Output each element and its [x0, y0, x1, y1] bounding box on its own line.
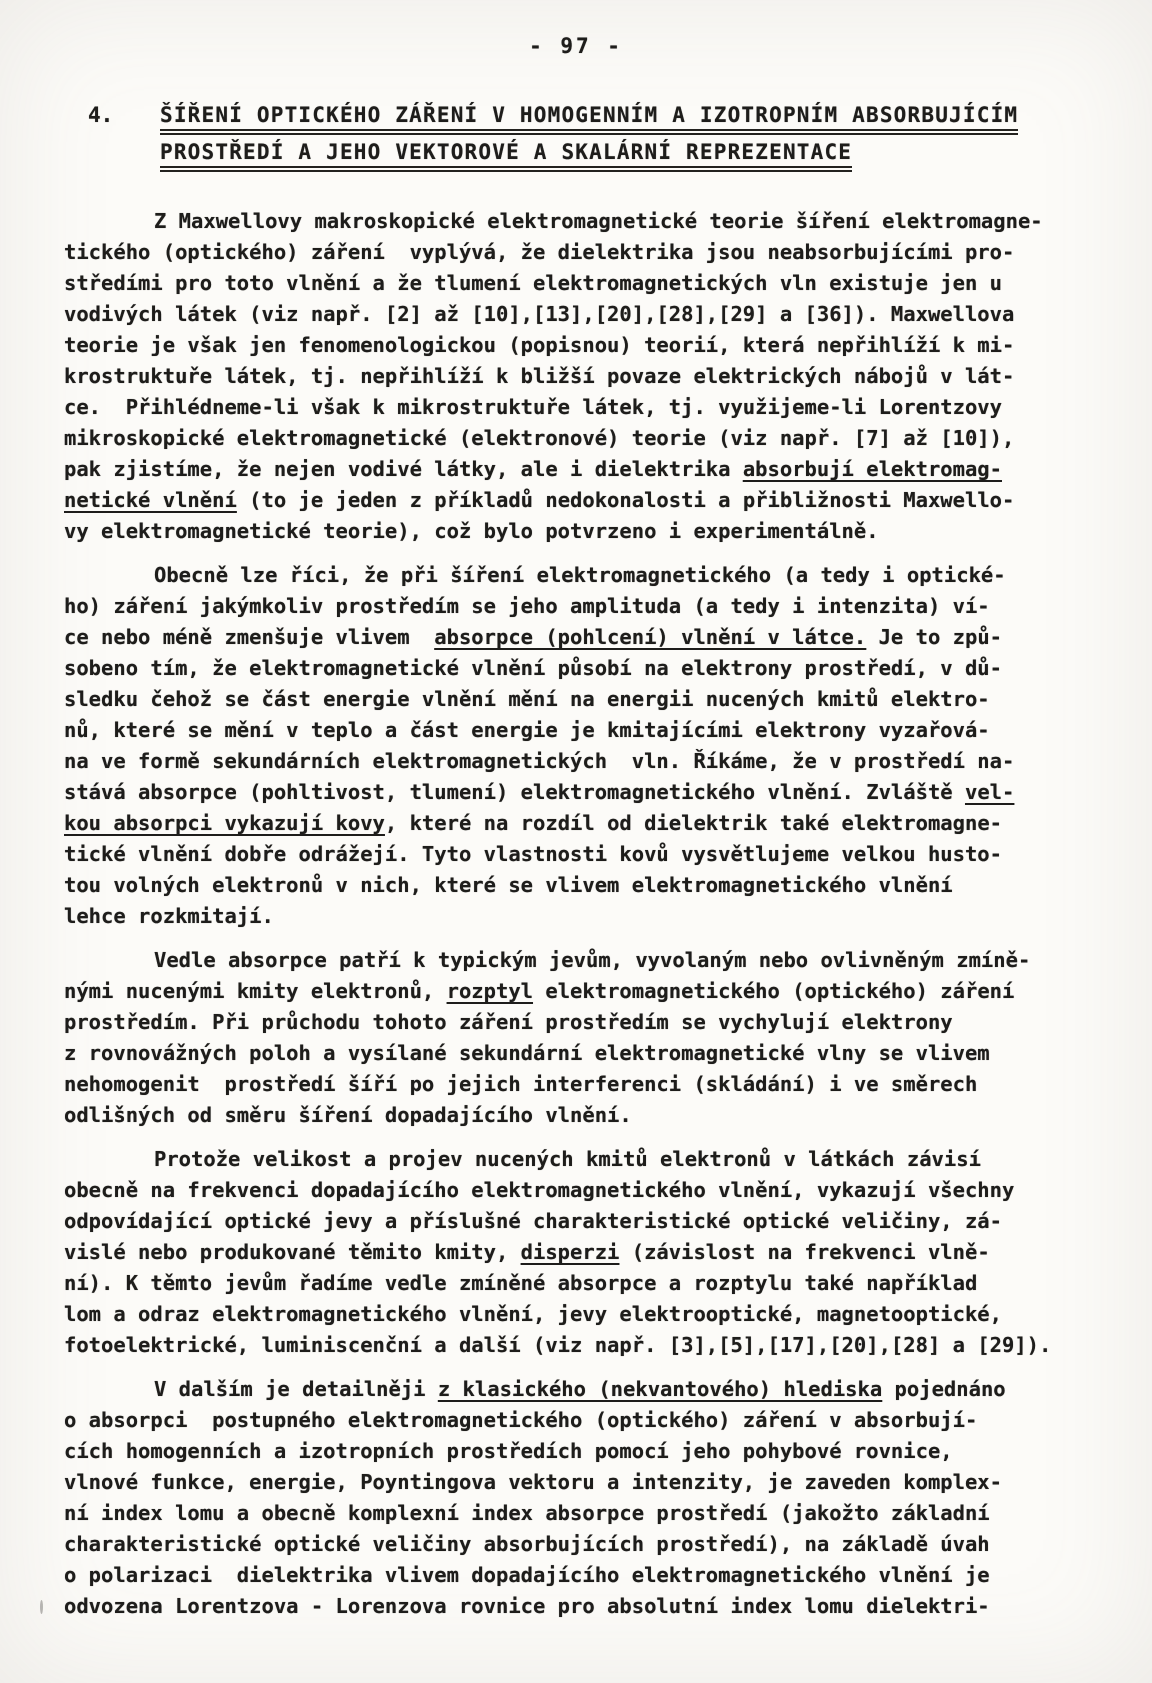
- underlined-text: absorbují elektromag-: [743, 457, 1002, 481]
- text-segment: ce. Přihlédneme-li však k mikrostruktuře…: [64, 395, 1002, 419]
- paragraph: Obecně lze říci, že při šíření elektroma…: [64, 560, 1104, 932]
- text-segment: ce nebo méně zmenšuje vlivem: [64, 625, 434, 649]
- section-title-line-1: ŠÍŘENÍ OPTICKÉHO ZÁŘENÍ V HOMOGENNÍM A I…: [160, 103, 1018, 135]
- text-segment: sledku čehož se část energie vlnění mění…: [64, 687, 990, 711]
- text-segment: tické vlnění dobře odrážejí. Tyto vlastn…: [64, 842, 1002, 866]
- text-segment: středími pro toto vlnění a že tlumení el…: [64, 271, 1002, 295]
- text-line: odpovídající optické jevy a příslušné ch…: [64, 1206, 1104, 1237]
- text-line: z rovnovážných poloh a vysílané sekundár…: [64, 1038, 1104, 1069]
- text-segment: tického (optického) záření vyplývá, že d…: [64, 240, 1014, 264]
- text-line: netické vlnění (to je jeden z příkladů n…: [64, 485, 1104, 516]
- text-line: Z Maxwellovy makroskopické elektromagnet…: [64, 206, 1104, 237]
- text-line: lehce rozkmitají.: [64, 901, 1104, 932]
- text-line: nů, které se mění v teplo a část energie…: [64, 715, 1104, 746]
- text-segment: sobeno tím, že elektromagnetické vlnění …: [64, 656, 1002, 680]
- text-line: ní). K těmto jevům řadíme vedle zmíněné …: [64, 1268, 1104, 1299]
- text-line: Obecně lze říci, že při šíření elektroma…: [64, 560, 1104, 591]
- text-segment: fotoelektrické, luminiscenční a další (v…: [64, 1333, 1051, 1357]
- text-segment: mikroskopické elektromagnetické (elektro…: [64, 426, 1014, 450]
- text-segment: pak zjistíme, že nejen vodivé látky, ale…: [64, 457, 743, 481]
- text-segment: nehomogenit prostředí šíří po jejich int…: [64, 1072, 977, 1096]
- paragraph: V dalším je detailněji z klasického (nek…: [64, 1374, 1104, 1622]
- section-title: ŠÍŘENÍ OPTICKÉHO ZÁŘENÍ V HOMOGENNÍM A I…: [160, 103, 1018, 177]
- underlined-text: z klasického (nekvantového) hlediska: [438, 1377, 882, 1401]
- text-line: ní index lomu a obecně komplexní index a…: [64, 1498, 1104, 1529]
- text-line: fotoelektrické, luminiscenční a další (v…: [64, 1330, 1104, 1361]
- underlined-text: netické vlnění: [64, 488, 237, 512]
- text-segment: o absorpci postupného elektromagnetickéh…: [64, 1408, 977, 1432]
- text-line: vlnové funkce, energie, Poyntingova vekt…: [64, 1467, 1104, 1498]
- text-line: tické vlnění dobře odrážejí. Tyto vlastn…: [64, 839, 1104, 870]
- section-heading: 4. ŠÍŘENÍ OPTICKÉHO ZÁŘENÍ V HOMOGENNÍM …: [88, 103, 1112, 177]
- text-line: charakteristické optické veličiny absorb…: [64, 1529, 1104, 1560]
- text-line: vy elektromagnetické teorie), což bylo p…: [64, 516, 1104, 547]
- text-line: sledku čehož se část energie vlnění mění…: [64, 684, 1104, 715]
- text-segment: (to je jeden z příkladů nedokonalosti a …: [237, 488, 1015, 512]
- underlined-text: vel-: [965, 780, 1014, 804]
- text-segment: lehce rozkmitají.: [64, 904, 274, 928]
- text-segment: krostruktuře látek, tj. nepřihlíží k bli…: [64, 364, 1014, 388]
- text-segment: charakteristické optické veličiny absorb…: [64, 1532, 990, 1556]
- underlined-text: kou absorpci vykazují kovy: [64, 811, 385, 835]
- text-line: stává absorpce (pohltivost, tlumení) ele…: [64, 777, 1104, 808]
- text-segment: , které na rozdíl od dielektrik také ele…: [385, 811, 1002, 835]
- underlined-text: rozptyl: [447, 979, 533, 1003]
- text-segment: odlišných od směru šíření dopadajícího v…: [64, 1103, 632, 1127]
- text-line: krostruktuře látek, tj. nepřihlíží k bli…: [64, 361, 1104, 392]
- text-line: mikroskopické elektromagnetické (elektro…: [64, 423, 1104, 454]
- text-segment: z rovnovážných poloh a vysílané sekundár…: [64, 1041, 990, 1065]
- text-line: prostředím. Při průchodu tohoto záření p…: [64, 1007, 1104, 1038]
- text-segment: vodivých látek (viz např. [2] až [10],[1…: [64, 302, 1014, 326]
- section-title-line-2: PROSTŘEDÍ A JEHO VEKTOROVÉ A SKALÁRNÍ RE…: [160, 140, 852, 172]
- text-segment: stává absorpce (pohltivost, tlumení) ele…: [64, 780, 965, 804]
- page-number: - 97 -: [0, 34, 1152, 58]
- text-segment: Vedle absorpce patří k typickým jevům, v…: [154, 948, 1030, 972]
- text-line: odvozena Lorentzova - Lorenzova rovnice …: [64, 1591, 1104, 1622]
- paragraph: Protože velikost a projev nucených kmitů…: [64, 1144, 1104, 1361]
- text-line: o absorpci postupného elektromagnetickéh…: [64, 1405, 1104, 1436]
- text-segment: (závislost na frekvenci vlně-: [619, 1240, 989, 1264]
- text-segment: obecně na frekvenci dopadajícího elektro…: [64, 1178, 1014, 1202]
- paragraphs: Z Maxwellovy makroskopické elektromagnet…: [64, 206, 1104, 1622]
- text-line: středími pro toto vlnění a že tlumení el…: [64, 268, 1104, 299]
- text-line: teorie je však jen fenomenologickou (pop…: [64, 330, 1104, 361]
- text-segment: tou volných elektronů v nich, které se v…: [64, 873, 953, 897]
- text-segment: vy elektromagnetické teorie), což bylo p…: [64, 519, 879, 543]
- text-line: obecně na frekvenci dopadajícího elektro…: [64, 1175, 1104, 1206]
- text-line: ho) záření jakýmkoliv prostředím se jeho…: [64, 591, 1104, 622]
- text-line: vodivých látek (viz např. [2] až [10],[1…: [64, 299, 1104, 330]
- text-line: kou absorpci vykazují kovy, které na roz…: [64, 808, 1104, 839]
- text-line: Protože velikost a projev nucených kmitů…: [64, 1144, 1104, 1175]
- section-title-line: ŠÍŘENÍ OPTICKÉHO ZÁŘENÍ V HOMOGENNÍM A I…: [160, 103, 1018, 127]
- text-line: lom a odraz elektromagnetického vlnění, …: [64, 1299, 1104, 1330]
- underlined-text: disperzi: [521, 1240, 620, 1264]
- section-number: 4.: [88, 103, 160, 127]
- text-segment: teorie je však jen fenomenologickou (pop…: [64, 333, 1014, 357]
- text-line: o polarizaci dielektrika vlivem dopadají…: [64, 1560, 1104, 1591]
- text-segment: Je to způ-: [866, 625, 1002, 649]
- text-line: nehomogenit prostředí šíří po jejich int…: [64, 1069, 1104, 1100]
- text-line: ce. Přihlédneme-li však k mikrostruktuře…: [64, 392, 1104, 423]
- text-line: ce nebo méně zmenšuje vlivem absorpce (p…: [64, 622, 1104, 653]
- text-segment: elektromagnetického (optického) záření: [533, 979, 1014, 1003]
- text-line: tického (optického) záření vyplývá, že d…: [64, 237, 1104, 268]
- text-line: na ve formě sekundárních elektromagnetic…: [64, 746, 1104, 777]
- underlined-text: absorpce (pohlcení) vlnění v látce.: [434, 625, 866, 649]
- text-line: V dalším je detailněji z klasického (nek…: [64, 1374, 1104, 1405]
- text-segment: lom a odraz elektromagnetického vlnění, …: [64, 1302, 1002, 1326]
- text-line: Vedle absorpce patří k typickým jevům, v…: [64, 945, 1104, 976]
- scan-artifact: [40, 1600, 43, 1614]
- text-segment: ní index lomu a obecně komplexní index a…: [64, 1501, 990, 1525]
- text-segment: Z Maxwellovy makroskopické elektromagnet…: [154, 209, 1043, 233]
- text-line: nými nucenými kmity elektronů, rozptyl e…: [64, 976, 1104, 1007]
- text-segment: V dalším je detailněji: [154, 1377, 438, 1401]
- text-segment: cích homogenních a izotropních prostředí…: [64, 1439, 953, 1463]
- text-line: tou volných elektronů v nich, které se v…: [64, 870, 1104, 901]
- section-title-line: PROSTŘEDÍ A JEHO VEKTOROVÉ A SKALÁRNÍ RE…: [160, 140, 1018, 164]
- text-segment: ho) záření jakýmkoliv prostředím se jeho…: [64, 594, 990, 618]
- text-segment: o polarizaci dielektrika vlivem dopadají…: [64, 1563, 990, 1587]
- text-line: sobeno tím, že elektromagnetické vlnění …: [64, 653, 1104, 684]
- text-segment: pojednáno: [882, 1377, 1005, 1401]
- paragraph: Z Maxwellovy makroskopické elektromagnet…: [64, 206, 1104, 547]
- document-page: - 97 - 4. ŠÍŘENÍ OPTICKÉHO ZÁŘENÍ V HOMO…: [0, 0, 1152, 1683]
- text-line: vislé nebo produkované těmito kmity, dis…: [64, 1237, 1104, 1268]
- text-segment: vislé nebo produkované těmito kmity,: [64, 1240, 521, 1264]
- text-segment: Protože velikost a projev nucených kmitů…: [154, 1147, 981, 1171]
- paragraph: Vedle absorpce patří k typickým jevům, v…: [64, 945, 1104, 1131]
- text-line: pak zjistíme, že nejen vodivé látky, ale…: [64, 454, 1104, 485]
- text-line: cích homogenních a izotropních prostředí…: [64, 1436, 1104, 1467]
- text-segment: ní). K těmto jevům řadíme vedle zmíněné …: [64, 1271, 977, 1295]
- text-segment: vlnové funkce, energie, Poyntingova vekt…: [64, 1470, 1002, 1494]
- text-line: odlišných od směru šíření dopadajícího v…: [64, 1100, 1104, 1131]
- text-segment: na ve formě sekundárních elektromagnetic…: [64, 749, 1014, 773]
- text-segment: nů, které se mění v teplo a část energie…: [64, 718, 990, 742]
- text-segment: prostředím. Při průchodu tohoto záření p…: [64, 1010, 953, 1034]
- text-segment: odvozena Lorentzova - Lorenzova rovnice …: [64, 1594, 990, 1618]
- text-segment: odpovídající optické jevy a příslušné ch…: [64, 1209, 1002, 1233]
- text-segment: nými nucenými kmity elektronů,: [64, 979, 447, 1003]
- text-segment: Obecně lze říci, že při šíření elektroma…: [154, 563, 1006, 587]
